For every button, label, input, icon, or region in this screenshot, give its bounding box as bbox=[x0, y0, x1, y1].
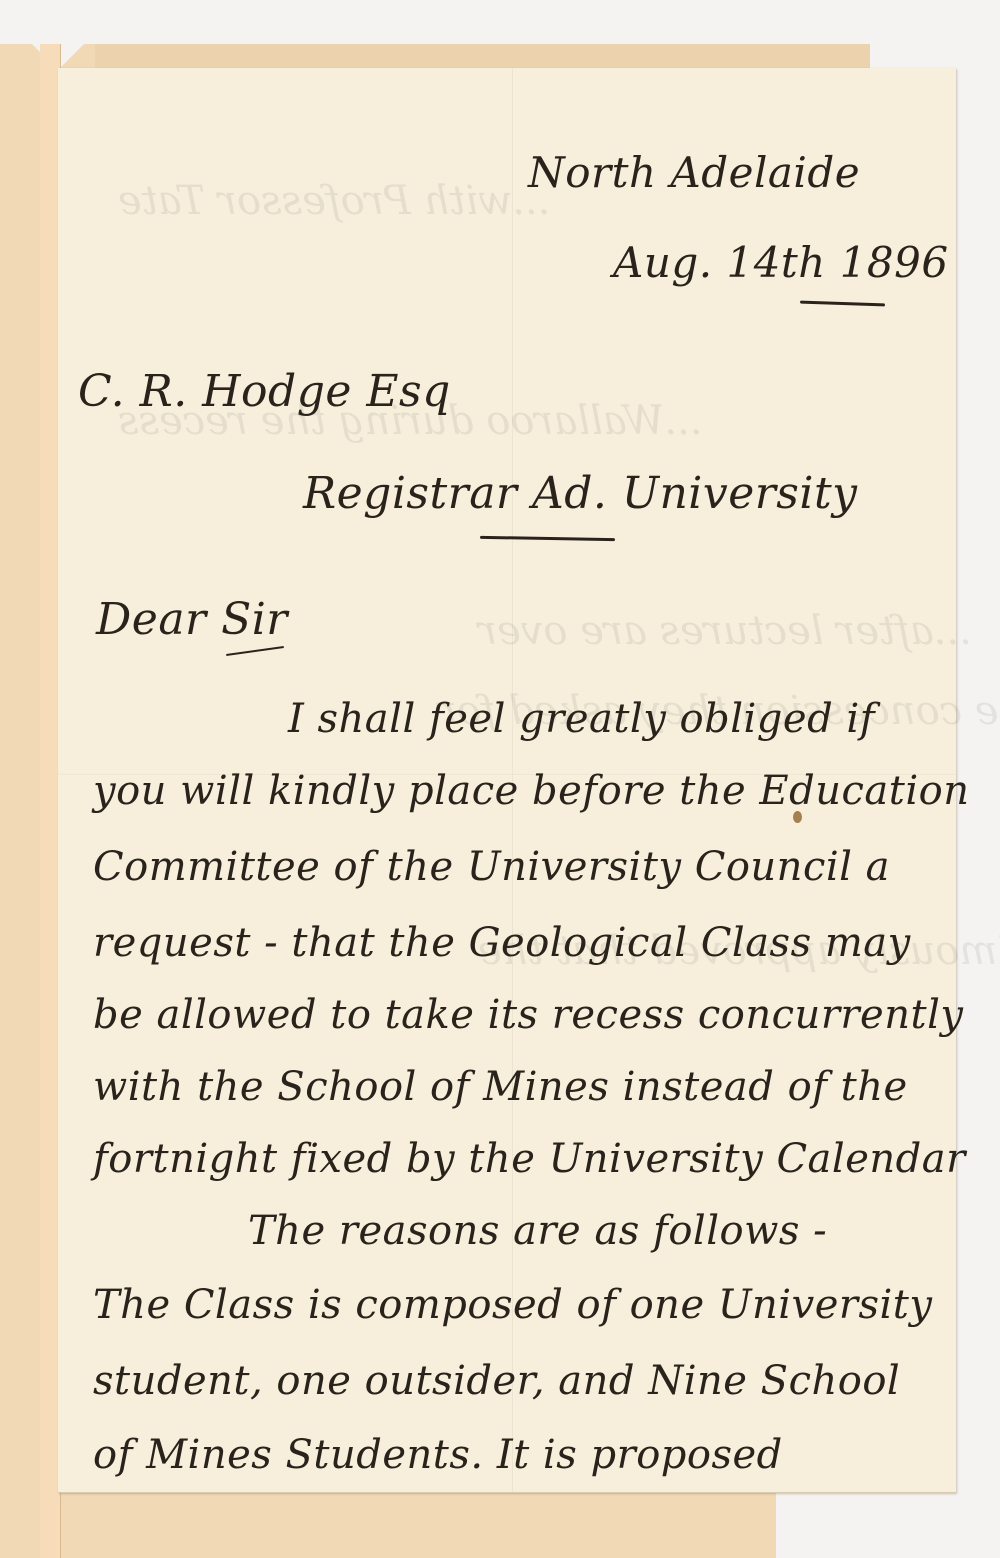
body-line: of Mines Students. It is proposed bbox=[93, 1432, 783, 1478]
letter-place: North Adelaide bbox=[528, 148, 860, 197]
body-line: Committee of the University Council a bbox=[93, 844, 890, 890]
addressee-name: C. R. Hodge Esq bbox=[78, 366, 451, 417]
body-line: with the School of Mines instead of the bbox=[93, 1064, 908, 1110]
salutation: Dear Sir bbox=[96, 594, 288, 645]
body-line: The reasons are as follows - bbox=[248, 1208, 827, 1254]
body-line: you will kindly place before the Educati… bbox=[93, 768, 969, 814]
body-line: student, one outsider, and Nine School bbox=[93, 1358, 900, 1404]
body-line: be allowed to take its recess concurrent… bbox=[93, 992, 963, 1038]
ink-stain bbox=[793, 811, 802, 823]
addressee-underline bbox=[480, 536, 615, 541]
salutation-underline bbox=[226, 646, 284, 656]
body-line: request - that the Geological Class may bbox=[93, 920, 911, 966]
body-line: The Class is composed of one University bbox=[93, 1282, 932, 1328]
bleed-through-text: ...with Professor Tate bbox=[118, 178, 550, 224]
letter-sheet: ...with Professor Tate ...Wallaroo durin… bbox=[58, 68, 956, 1493]
letter-date: Aug. 14th 1896 bbox=[613, 238, 949, 287]
body-line: fortnight fixed by the University Calend… bbox=[93, 1136, 966, 1182]
body-line: I shall feel greatly obliged if bbox=[288, 696, 875, 742]
bleed-through-text: ...after lectures are over bbox=[478, 608, 972, 654]
addressee-title: Registrar Ad. University bbox=[303, 468, 857, 519]
date-underline bbox=[800, 301, 885, 307]
